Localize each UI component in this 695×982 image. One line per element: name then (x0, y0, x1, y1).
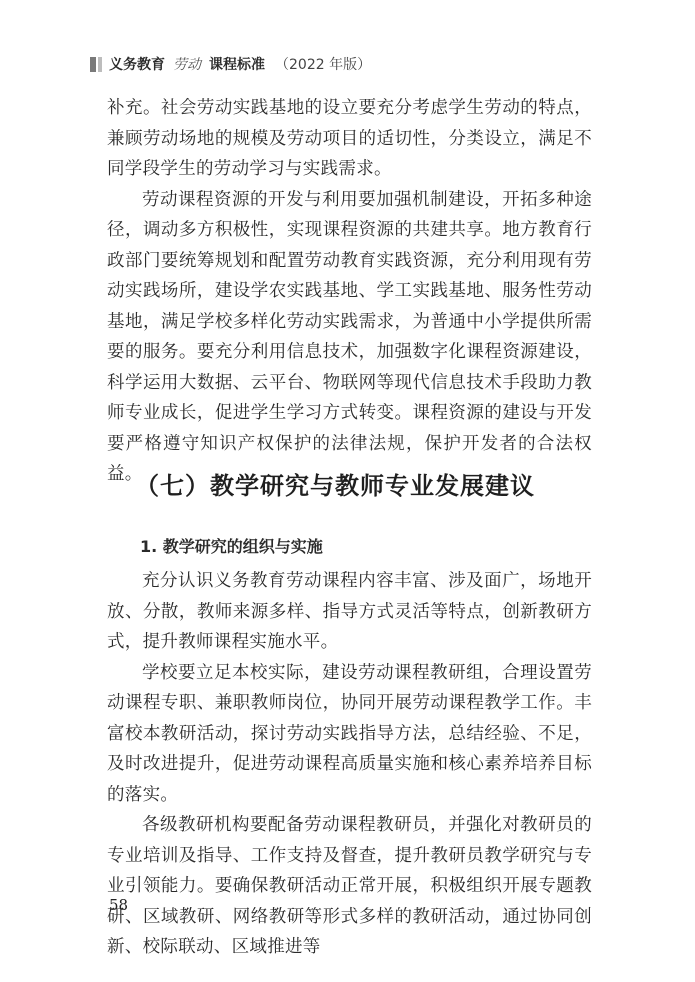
running-header: 义务教育 劳动 课程标准 （2022 年版） (90, 54, 371, 74)
body-top: 补充。社会劳动实践基地的设立要充分考虑学生劳动的特点，兼顾劳动场地的规模及劳动项… (107, 93, 592, 490)
page-number: 58 (109, 896, 128, 914)
paragraph-research-2: 学校要立足本校实际，建设劳动课程教研组，合理设置劳动课程专职、兼职教师岗位，协同… (107, 658, 592, 811)
subsection-title: 1. 教学研究的组织与实施 (140, 534, 323, 557)
paragraph-research-3: 各级教研机构要配备劳动课程教研员，并强化对教研员的专业培训及指导、工作支持及督查… (107, 810, 592, 963)
header-title-italic: 劳动 (173, 54, 201, 74)
header-title-part1: 义务教育 (109, 54, 165, 74)
paragraph-resources: 劳动课程资源的开发与利用要加强机制建设，开拓多种途径，调动多方积极性，实现课程资… (107, 185, 592, 490)
paragraph-research-1: 充分认识义务教育劳动课程内容丰富、涉及面广，场地开放、分散，教师来源多样、指导方… (107, 566, 592, 658)
paragraph-continuation: 补充。社会劳动实践基地的设立要充分考虑学生劳动的特点，兼顾劳动场地的规模及劳动项… (107, 93, 592, 185)
header-title-part2: 课程标准 (209, 54, 265, 74)
header-bars-icon (90, 57, 102, 72)
section-title: （七）教学研究与教师专业发展建议 (135, 466, 535, 501)
header-edition: （2022 年版） (275, 54, 371, 74)
section-body: 充分认识义务教育劳动课程内容丰富、涉及面广，场地开放、分散，教师来源多样、指导方… (107, 566, 592, 963)
